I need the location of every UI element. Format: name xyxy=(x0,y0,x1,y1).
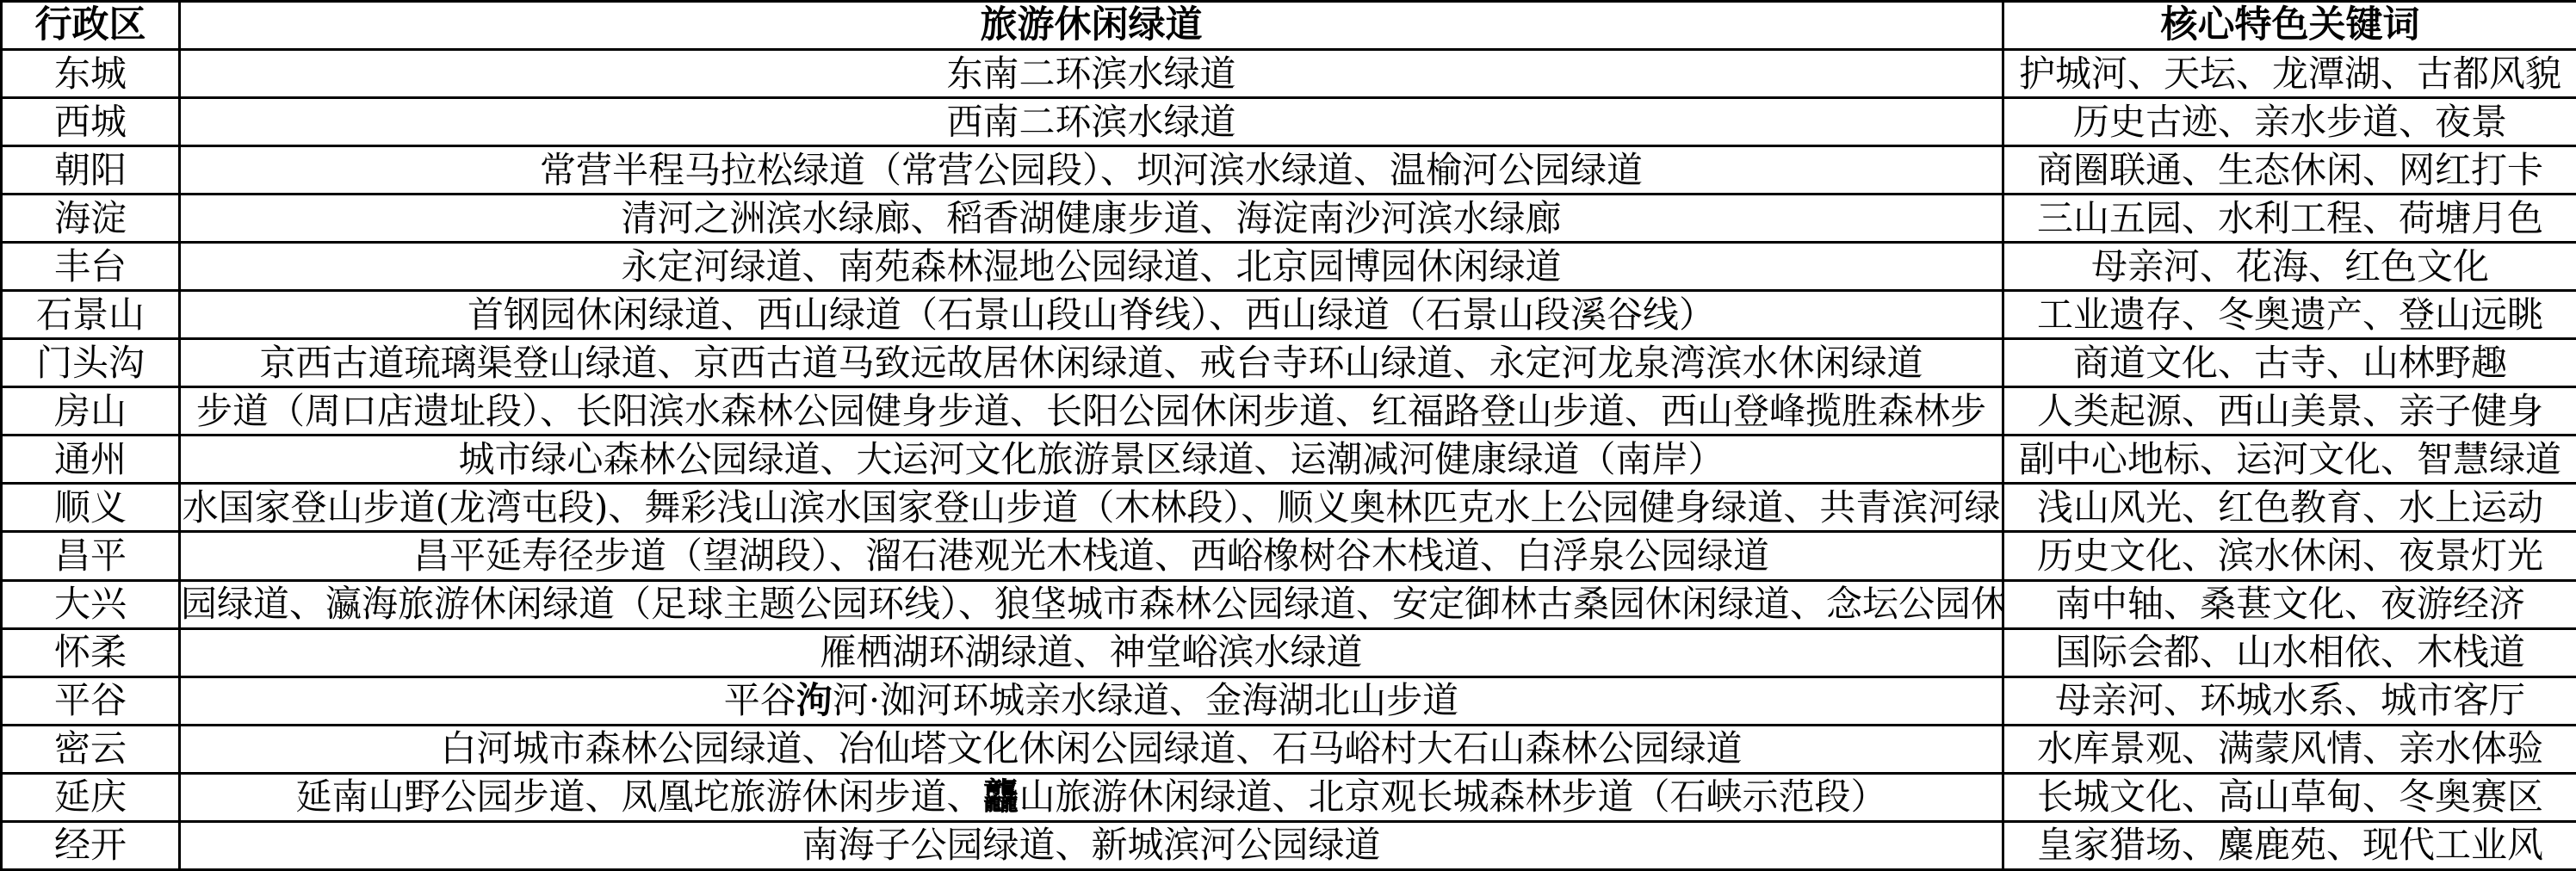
greenways-cell: 平谷泃河·洳河环城亲水绿道、金海湖北山步道 xyxy=(180,676,2003,725)
greenways-cell: 永定河绿道、南苑森林湿地公园绿道、北京园博园休闲绿道 xyxy=(180,243,2003,291)
table-row: 密云白河城市森林公园绿道、冶仙塔文化休闲公园绿道、石马峪村大石山森林公园绿道水库… xyxy=(2,725,2576,773)
greenways-cell: 首钢园休闲绿道、西山绿道（石景山段山脊线）、西山绿道（石景山段溪谷线） xyxy=(180,291,2003,339)
district-cell: 怀柔 xyxy=(2,628,180,676)
greenways-cell: 城市绿心森林公园绿道、大运河文化旅游景区绿道、运潮减河健康绿道（南岸） xyxy=(180,435,2003,484)
district-cell: 西城 xyxy=(2,98,180,146)
keywords-cell: 护城河、天坛、龙潭湖、古都风貌 xyxy=(2003,50,2576,98)
district-cell: 房山 xyxy=(2,387,180,435)
table-row: 顺义水国家登山步道(龙湾屯段)、舞彩浅山滨水国家登山步道（木林段）、顺义奥林匹克… xyxy=(2,484,2576,532)
table-row: 房山步道（周口店遗址段）、长阳滨水森林公园健身步道、长阳公园休闲步道、红福路登山… xyxy=(2,387,2576,435)
district-cell: 大兴 xyxy=(2,580,180,628)
header-row: 行政区 旅游休闲绿道 核心特色关键词 xyxy=(2,2,2576,50)
keywords-cell: 历史文化、滨水休闲、夜景灯光 xyxy=(2003,532,2576,580)
district-cell: 石景山 xyxy=(2,291,180,339)
district-cell: 丰台 xyxy=(2,243,180,291)
table-body: 东城东南二环滨水绿道护城河、天坛、龙潭湖、古都风貌西城西南二环滨水绿道历史古迹、… xyxy=(2,50,2576,870)
district-cell: 延庆 xyxy=(2,773,180,821)
keywords-cell: 商圈联通、生态休闲、网红打卡 xyxy=(2003,146,2576,195)
keywords-cell: 母亲河、环城水系、城市客厅 xyxy=(2003,676,2576,725)
keywords-cell: 三山五园、水利工程、荷塘月色 xyxy=(2003,195,2576,243)
keywords-cell: 长城文化、高山草甸、冬奥赛区 xyxy=(2003,773,2576,821)
district-cell: 东城 xyxy=(2,50,180,98)
table-row: 朝阳常营半程马拉松绿道（常营公园段）、坝河滨水绿道、温榆河公园绿道商圈联通、生态… xyxy=(2,146,2576,195)
district-cell: 通州 xyxy=(2,435,180,484)
district-cell: 经开 xyxy=(2,821,180,869)
district-cell: 昌平 xyxy=(2,532,180,580)
table-row: 东城东南二环滨水绿道护城河、天坛、龙潭湖、古都风貌 xyxy=(2,50,2576,98)
keywords-cell: 浅山风光、红色教育、水上运动 xyxy=(2003,484,2576,532)
keywords-cell: 母亲河、花海、红色文化 xyxy=(2003,243,2576,291)
greenways-cell: 京西古道琉璃渠登山绿道、京西古道马致远故居休闲绿道、戒台寺环山绿道、永定河龙泉湾… xyxy=(180,339,2003,387)
district-cell: 平谷 xyxy=(2,676,180,725)
column-header-district: 行政区 xyxy=(2,2,180,50)
table-row: 延庆延南山野公园步道、凤凰坨旅游休闲步道、龘山旅游休闲绿道、北京观长城森林步道（… xyxy=(2,773,2576,821)
column-header-greenways: 旅游休闲绿道 xyxy=(180,2,2003,50)
table-row: 大兴园绿道、瀛海旅游休闲绿道（足球主题公园环线）、狼垡城市森林公园绿道、安定御林… xyxy=(2,580,2576,628)
table-row: 昌平昌平延寿径步道（望湖段）、溜石港观光木栈道、西峪橡树谷木栈道、白浮泉公园绿道… xyxy=(2,532,2576,580)
table-row: 怀柔雁栖湖环湖绿道、神堂峪滨水绿道国际会都、山水相依、木栈道 xyxy=(2,628,2576,676)
greenways-cell: 南海子公园绿道、新城滨河公园绿道 xyxy=(180,821,2003,869)
fallback-character: 泃 xyxy=(796,679,833,721)
table-row: 平谷平谷泃河·洳河环城亲水绿道、金海湖北山步道母亲河、环城水系、城市客厅 xyxy=(2,676,2576,725)
greenways-cell: 东南二环滨水绿道 xyxy=(180,50,2003,98)
greenways-cell: 昌平延寿径步道（望湖段）、溜石港观光木栈道、西峪橡树谷木栈道、白浮泉公园绿道 xyxy=(180,532,2003,580)
keywords-cell: 商道文化、古寺、山林野趣 xyxy=(2003,339,2576,387)
keywords-cell: 历史古迹、亲水步道、夜景 xyxy=(2003,98,2576,146)
greenways-cell: 步道（周口店遗址段）、长阳滨水森林公园健身步道、长阳公园休闲步道、红福路登山步道… xyxy=(180,387,2003,435)
greenways-cell: 西南二环滨水绿道 xyxy=(180,98,2003,146)
table-row: 丰台永定河绿道、南苑森林湿地公园绿道、北京园博园休闲绿道母亲河、花海、红色文化 xyxy=(2,243,2576,291)
district-cell: 门头沟 xyxy=(2,339,180,387)
fallback-character: 龘 xyxy=(982,775,1019,818)
greenways-cell: 雁栖湖环湖绿道、神堂峪滨水绿道 xyxy=(180,628,2003,676)
table-row: 石景山首钢园休闲绿道、西山绿道（石景山段山脊线）、西山绿道（石景山段溪谷线）工业… xyxy=(2,291,2576,339)
greenways-cell: 清河之洲滨水绿廊、稻香湖健康步道、海淀南沙河滨水绿廊 xyxy=(180,195,2003,243)
greenways-cell: 常营半程马拉松绿道（常营公园段）、坝河滨水绿道、温榆河公园绿道 xyxy=(180,146,2003,195)
table-row: 海淀清河之洲滨水绿廊、稻香湖健康步道、海淀南沙河滨水绿廊三山五园、水利工程、荷塘… xyxy=(2,195,2576,243)
table-row: 通州城市绿心森林公园绿道、大运河文化旅游景区绿道、运潮减河健康绿道（南岸）副中心… xyxy=(2,435,2576,484)
column-header-keywords: 核心特色关键词 xyxy=(2003,2,2576,50)
district-cell: 密云 xyxy=(2,725,180,773)
district-cell: 朝阳 xyxy=(2,146,180,195)
greenways-cell: 水国家登山步道(龙湾屯段)、舞彩浅山滨水国家登山步道（木林段）、顺义奥林匹克水上… xyxy=(180,484,2003,532)
table-header: 行政区 旅游休闲绿道 核心特色关键词 xyxy=(2,2,2576,50)
greenways-cell: 白河城市森林公园绿道、冶仙塔文化休闲公园绿道、石马峪村大石山森林公园绿道 xyxy=(180,725,2003,773)
district-cell: 海淀 xyxy=(2,195,180,243)
table-row: 门头沟京西古道琉璃渠登山绿道、京西古道马致远故居休闲绿道、戒台寺环山绿道、永定河… xyxy=(2,339,2576,387)
greenways-cell: 园绿道、瀛海旅游休闲绿道（足球主题公园环线）、狼垡城市森林公园绿道、安定御林古桑… xyxy=(180,580,2003,628)
table-row: 经开南海子公园绿道、新城滨河公园绿道皇家猎场、麋鹿苑、现代工业风 xyxy=(2,821,2576,869)
keywords-cell: 人类起源、西山美景、亲子健身 xyxy=(2003,387,2576,435)
keywords-cell: 工业遗存、冬奥遗产、登山远眺 xyxy=(2003,291,2576,339)
district-cell: 顺义 xyxy=(2,484,180,532)
keywords-cell: 水库景观、满蒙风情、亲水体验 xyxy=(2003,725,2576,773)
keywords-cell: 皇家猎场、麋鹿苑、现代工业风 xyxy=(2003,821,2576,869)
keywords-cell: 副中心地标、运河文化、智慧绿道 xyxy=(2003,435,2576,484)
greenway-table: 行政区 旅游休闲绿道 核心特色关键词 东城东南二环滨水绿道护城河、天坛、龙潭湖、… xyxy=(0,0,2576,871)
keywords-cell: 国际会都、山水相依、木栈道 xyxy=(2003,628,2576,676)
keywords-cell: 南中轴、桑葚文化、夜游经济 xyxy=(2003,580,2576,628)
greenways-cell: 延南山野公园步道、凤凰坨旅游休闲步道、龘山旅游休闲绿道、北京观长城森林步道（石峡… xyxy=(180,773,2003,821)
table-row: 西城西南二环滨水绿道历史古迹、亲水步道、夜景 xyxy=(2,98,2576,146)
